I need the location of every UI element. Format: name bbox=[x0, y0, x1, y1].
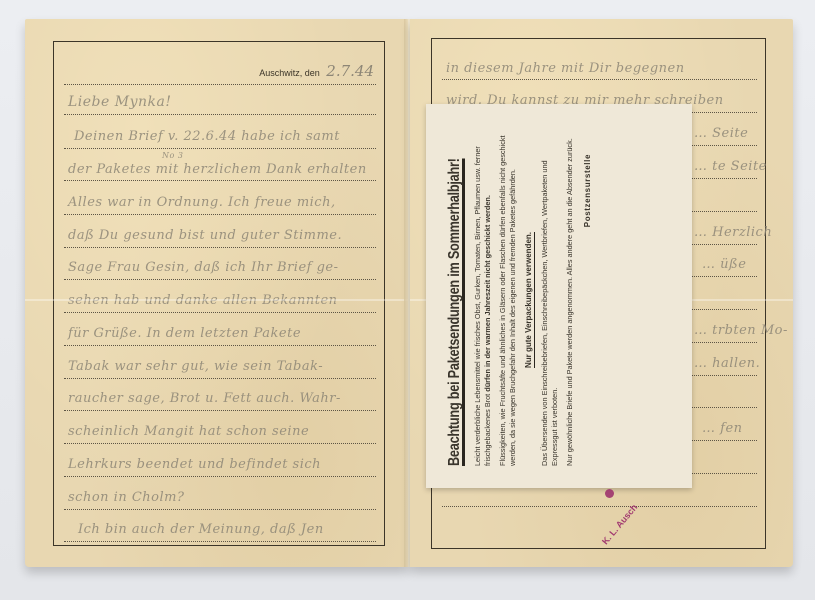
ruled-line bbox=[64, 148, 376, 149]
letter-line: … trbten Mo- bbox=[694, 323, 788, 338]
ruled-line bbox=[64, 541, 376, 542]
place-label: Auschwitz, den bbox=[259, 68, 320, 78]
notice-paragraph-2: Flüssigkeiten, wie Fruchtsäfte und ähnli… bbox=[498, 134, 518, 466]
ruled-line bbox=[64, 114, 376, 115]
ruled-line bbox=[64, 247, 376, 248]
letter-line: Ich bin auch der Meinung, daß Jen bbox=[78, 522, 324, 537]
notice-slip-content: Beachtung bei Paketsendungen im Sommerha… bbox=[426, 104, 692, 488]
left-page-frame: Auschwitz, den 2.7.44 Liebe Mynka! Deine… bbox=[53, 41, 385, 546]
letter-line: … hallen. bbox=[694, 356, 760, 371]
letter-line: raucher sage, Brot u. Fett auch. Wahr- bbox=[68, 391, 341, 406]
notice-paragraph-1: Leicht verderbliche Lebensmittel wie fri… bbox=[473, 134, 493, 466]
notice-signature: Postzensurstelle bbox=[583, 134, 593, 466]
letter-line: Sage Frau Gesin, daß ich Ihr Brief ge- bbox=[68, 260, 339, 275]
ruled-line bbox=[64, 509, 376, 510]
letter-line: für Grüße. In dem letzten Pakete bbox=[68, 326, 301, 341]
letter-line: Lehrkurs beendet und befindet sich bbox=[68, 457, 321, 472]
notice-subheading-text: Nur gute Verpackungen verwenden. bbox=[524, 232, 535, 368]
letter-date: 2.7.44 bbox=[326, 62, 374, 80]
ruled-line bbox=[64, 345, 376, 346]
ruled-line bbox=[64, 443, 376, 444]
letter-line: daß Du gesund bist und guter Stimme. bbox=[68, 228, 342, 243]
ruled-line bbox=[64, 378, 376, 379]
ruled-line bbox=[64, 279, 376, 280]
letter-line: in diesem Jahre mit Dir begegnen bbox=[446, 61, 685, 76]
ruled-line bbox=[442, 79, 757, 80]
ruled-line bbox=[64, 84, 376, 85]
notice-title: Beachtung bei Paketsendungen im Sommerha… bbox=[450, 158, 465, 466]
letter-line: … fen bbox=[702, 421, 743, 436]
letter-line: … üße bbox=[702, 257, 746, 272]
notice-paragraph-4: Nur gewöhnliche Briefe und Pakete werden… bbox=[565, 134, 575, 466]
margin-annotation: No 3 bbox=[162, 151, 183, 160]
letter-line: … te Seite bbox=[694, 159, 767, 174]
stamp-mark bbox=[605, 489, 614, 498]
notice-paragraph-1-bold: dürfen in der warmen Jahreszeit nicht ge… bbox=[483, 195, 492, 392]
salutation: Liebe Mynka! bbox=[68, 94, 171, 110]
document-photo: Auschwitz, den 2.7.44 Liebe Mynka! Deine… bbox=[0, 0, 815, 600]
letter-line: Tabak war sehr gut, wie sein Tabak- bbox=[68, 359, 323, 374]
notice-subheading: Nur gute Verpackungen verwenden. bbox=[524, 134, 534, 466]
ruled-line bbox=[64, 180, 376, 181]
ruled-line bbox=[64, 214, 376, 215]
letter-line: der Paketes mit herzlichem Dank erhalten bbox=[68, 162, 367, 177]
ruled-line bbox=[442, 506, 757, 507]
ruled-line bbox=[64, 476, 376, 477]
letter-line: scheinlich Mangit hat schon seine bbox=[68, 424, 309, 439]
letter-line: Deinen Brief v. 22.6.44 habe ich samt bbox=[74, 129, 340, 144]
letter-line: schon in Cholm? bbox=[68, 490, 184, 505]
place-date-field: Auschwitz, den 2.7.44 bbox=[259, 62, 374, 80]
censorship-notice-slip: Beachtung bei Paketsendungen im Sommerha… bbox=[426, 104, 692, 488]
left-page: Auschwitz, den 2.7.44 Liebe Mynka! Deine… bbox=[25, 19, 408, 567]
fold-crease bbox=[25, 299, 408, 301]
letter-line: Alles war in Ordnung. Ich freue mich, bbox=[68, 195, 336, 210]
ruled-line bbox=[64, 312, 376, 313]
ruled-line bbox=[64, 410, 376, 411]
letter-line: … Herzlich bbox=[694, 225, 772, 240]
letter-line: … Seite bbox=[694, 126, 748, 141]
notice-paragraph-3: Das Übersenden von Einschreibebriefen, E… bbox=[540, 134, 560, 466]
